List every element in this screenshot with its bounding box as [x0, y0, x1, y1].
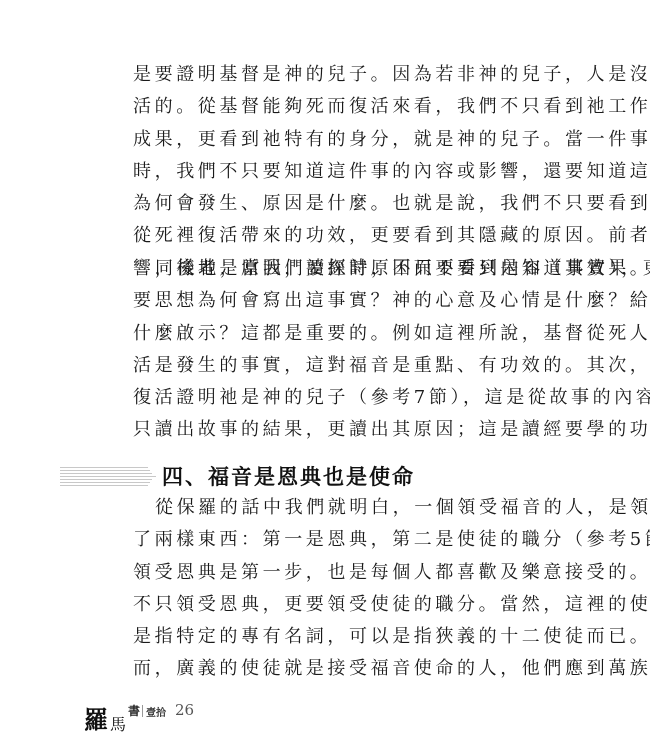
text-line: 只讀出故事的結果，更讀出其原因；這是讀經要學的功課。: [133, 414, 528, 446]
text-line: 同樣地，當我們讀經時，不只要看到內容（事實），更: [133, 253, 528, 285]
book-page: 是要證明基督是神的兒子。因為若非神的兒子，人是沒法復 活的。從基督能夠死而復活來…: [0, 0, 650, 750]
text-line: 復活證明祂是神的兒子（參考7節），這是從故事的內容，不: [133, 382, 528, 414]
text-line: 是要證明基督是神的兒子。因為若非神的兒子，人是沒法復: [133, 59, 528, 91]
paragraph-2: 同樣地，當我們讀經時，不只要看到內容（事實），更 要思想為何會寫出這事實？神的心…: [133, 253, 528, 447]
text-line: 領受恩典是第一步，也是每個人都喜歡及樂意接受的。然而: [133, 557, 528, 589]
text-line: 而，廣義的使徒就是接受福音使命的人，他們應到萬族中使: [133, 653, 528, 685]
text-line: 活的。從基督能夠死而復活來看，我們不只看到祂工作的: [133, 91, 528, 123]
text-line: 活是發生的事實，這對福音是重點、有功效的。其次，祂的: [133, 350, 528, 382]
book-title-char-2: 馬: [110, 712, 126, 735]
text-line: 為何會發生、原因是什麼。也就是說，我們不只要看到基督: [133, 188, 528, 220]
paragraph-3: 從保羅的話中我們就明白，一個領受福音的人，是領受 了兩樣東西：第一是恩典，第二是…: [133, 492, 528, 686]
text-line: 什麼啟示？這都是重要的。例如這裡所說，基督從死人中復: [133, 318, 528, 350]
decorative-lines-icon: [60, 464, 156, 488]
text-line: 是指特定的專有名詞，可以是指狹義的十二使徒而已。然: [133, 621, 528, 653]
book-title-char-3: 書: [128, 702, 140, 719]
book-title-char-1: 羅: [84, 700, 108, 735]
text-line: 從保羅的話中我們就明白，一個領受福音的人，是領受: [133, 492, 528, 524]
text-line: 不只領受恩典，更要領受使徒的職分。當然，這裡的使徒，: [133, 589, 528, 621]
page-number: 26: [175, 701, 194, 719]
section-heading: 四、福音是恩典也是使命: [162, 461, 415, 491]
text-line: 了兩樣東西：第一是恩典，第二是使徒的職分（參考5節）。: [133, 524, 528, 556]
chapter-label: 壹拾: [146, 704, 166, 719]
section-heading-row: 四、福音是恩典也是使命: [60, 460, 415, 492]
text-line: 從死裡復活帶來的功效，更要看到其隱藏的原因。前者是影: [133, 220, 528, 252]
paragraph-1: 是要證明基督是神的兒子。因為若非神的兒子，人是沒法復 活的。從基督能夠死而復活來…: [133, 59, 528, 285]
footer-divider: [142, 705, 143, 717]
text-line: 成果，更看到祂特有的身分，就是神的兒子。當一件事成功: [133, 124, 528, 156]
page-footer: 羅 馬 書 壹拾 26: [84, 700, 284, 736]
text-line: 要思想為何會寫出這事實？神的心意及心情是什麼？給我們: [133, 285, 528, 317]
text-line: 時，我們不只要知道這件事的內容或影響，還要知道這件事: [133, 156, 528, 188]
